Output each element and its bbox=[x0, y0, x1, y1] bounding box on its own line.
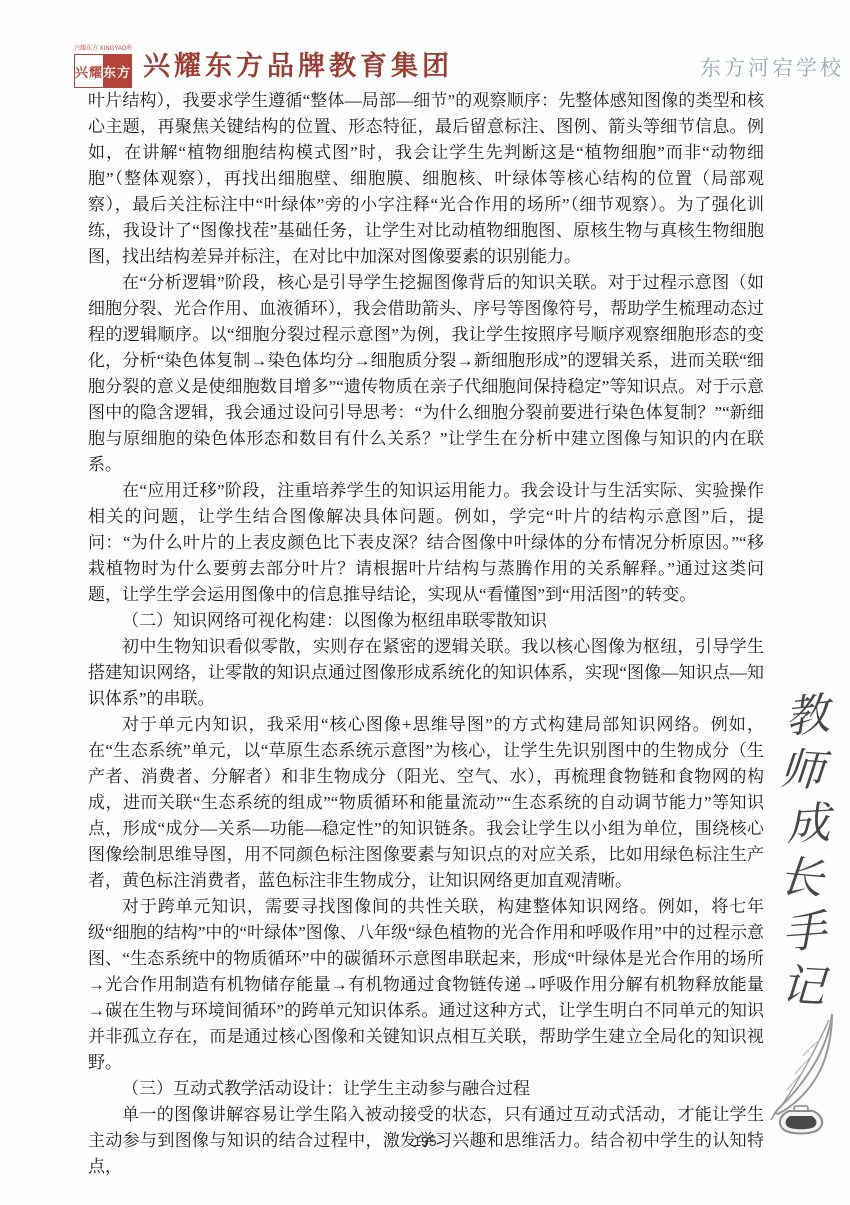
quill-inkwell-icon bbox=[756, 1010, 844, 1138]
paragraph: 对于跨单元知识，需要寻找图像间的共性关联，构建整体知识网络。例如，将七年级“细胞… bbox=[88, 894, 764, 1076]
calligraphy-char: 师 bbox=[778, 742, 826, 799]
paragraph: 在“分析逻辑”阶段，核心是引导学生挖掘图像背后的知识关联。对于过程示意图（如细胞… bbox=[88, 270, 764, 478]
paragraph: 在“应用迁移”阶段，注重培养学生的知识运用能力。我会设计与生活实际、实验操作相关… bbox=[88, 478, 764, 608]
margin-calligraphy: 教 师 成 长 手 记 bbox=[772, 690, 836, 1014]
paragraph: 对于单元内知识，我采用“核心图像+思维导图”的方式构建局部知识网络。例如，在“生… bbox=[88, 712, 764, 894]
calligraphy-char: 手 bbox=[780, 905, 828, 962]
calligraphy-char: 记 bbox=[780, 959, 827, 1015]
page-header: 兴耀东方 XINGYAO® 兴耀 东方 兴耀东方品牌教育集团 东方河宕学校 bbox=[0, 0, 850, 95]
registered-mark-icon: ® bbox=[127, 45, 132, 52]
calligraphy-char: 成 bbox=[785, 797, 832, 853]
logo-small-text: 兴耀东方 XINGYAO® bbox=[74, 45, 138, 53]
document-page: 兴耀东方 XINGYAO® 兴耀 东方 兴耀东方品牌教育集团 东方河宕学校 叶片… bbox=[0, 0, 850, 1205]
document-body: 叶片结构），我要求学生遵循“整体—局部—细节”的观察顺序：先整体感知图像的类型和… bbox=[88, 88, 764, 1180]
seal-icon: 兴耀 东方 bbox=[74, 54, 132, 88]
seal-right-text: 东方 bbox=[103, 55, 131, 87]
paragraph: 初中生物知识看似零散，实则存在紧密的逻辑关联。我以核心图像为枢纽，引导学生搭建知… bbox=[88, 634, 764, 712]
school-name: 东方河宕学校 bbox=[700, 54, 844, 82]
section-heading: （三）互动式教学活动设计：让学生主动参与融合过程 bbox=[88, 1076, 764, 1102]
calligraphy-char: 长 bbox=[777, 850, 826, 908]
calligraphy-char: 教 bbox=[782, 688, 831, 746]
paragraph: 叶片结构），我要求学生遵循“整体—局部—细节”的观察顺序：先整体感知图像的类型和… bbox=[88, 88, 764, 270]
page-number: 195 bbox=[0, 1133, 850, 1149]
brand-title: 兴耀东方品牌教育集团 bbox=[143, 50, 453, 84]
seal-left-text: 兴耀 bbox=[75, 55, 103, 87]
section-heading: （二）知识网络可视化构建：以图像为枢纽串联零散知识 bbox=[88, 608, 764, 634]
